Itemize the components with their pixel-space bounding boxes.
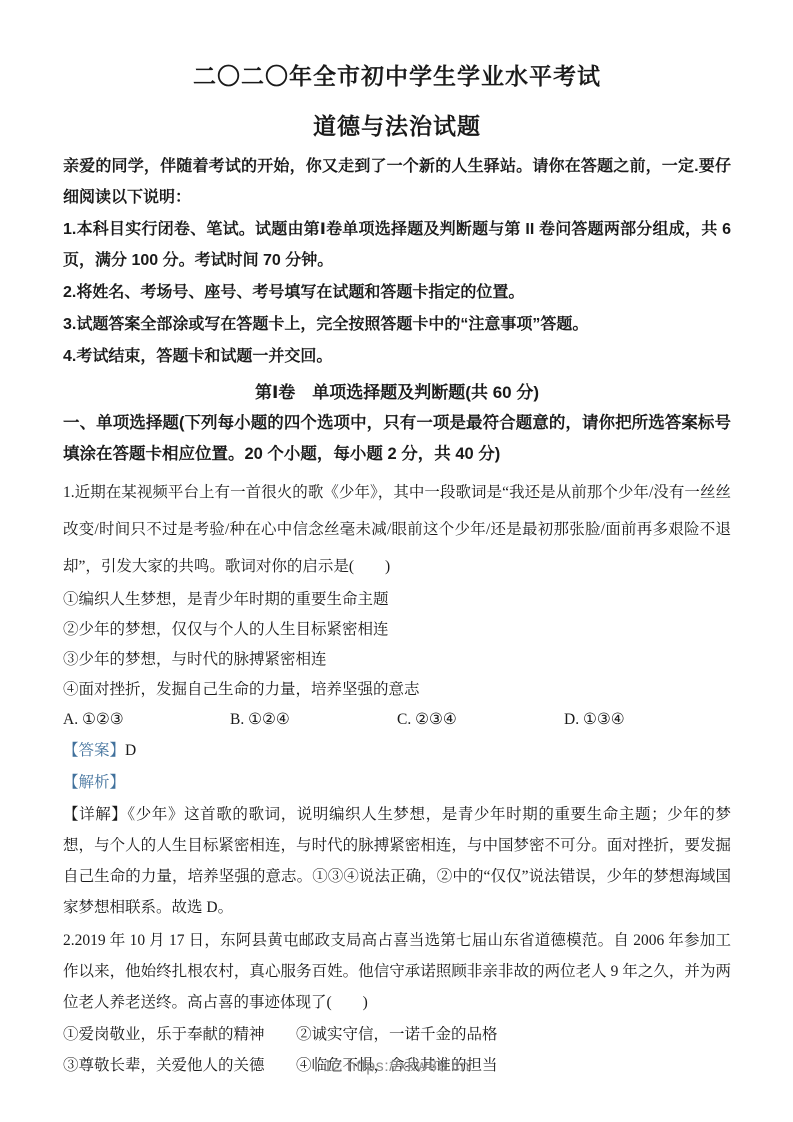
choice-c: C. ②③④ xyxy=(397,705,564,735)
analysis-label: 【解析】 xyxy=(63,774,125,791)
answer-value: D xyxy=(125,742,136,759)
choice-b: B. ①②④ xyxy=(230,705,397,735)
question-1-detail-explanation: 【详解】《少年》这首歌的歌词，说明编织人生梦想，是青少年时期的重要生命主题；少年… xyxy=(63,799,731,923)
intro-paragraph: 亲爱的同学，伴随着考试的开始，你又走到了一个新的人生驿站。请你在答题之前，一定.… xyxy=(63,151,731,213)
question-2-statement-1: ①爱岗敬业，乐于奉献的精神 xyxy=(63,1019,296,1050)
question-1-statement-3: ③少年的梦想，与时代的脉搏紧密相连 xyxy=(63,645,731,675)
question-1-statement-4: ④面对挫折，发掘自己生命的力量，培养坚强的意志 xyxy=(63,675,731,705)
analysis-line: 【解析】 xyxy=(63,767,731,799)
answer-label: 【答案】 xyxy=(63,742,125,759)
answer-line: 【答案】D xyxy=(63,735,731,767)
exam-subject-subtitle: 道德与法治试题 xyxy=(63,108,731,141)
question-1-stem: 1.近期在某视频平台上有一首很火的歌《少年》，其中一段歌词是“我还是从前那个少年… xyxy=(63,474,731,585)
part-1-header: 一、单项选择题(下列每小题的四个选项中，只有一项是最符合题意的，请你把所选答案标… xyxy=(63,408,731,470)
choice-a: A. ①②③ xyxy=(63,705,230,735)
instruction-item-3: 3.试题答案全部涂或写在答题卡上，完全按照答题卡中的“注意事项”答题。 xyxy=(63,309,731,340)
instruction-item-2: 2.将姓名、考场号、座号、考号填写在试题和答题卡指定的位置。 xyxy=(63,277,731,308)
page-number-and-watermark: 12 https://xkw88.cn xyxy=(0,1058,793,1076)
question-2-statement-2: ②诚实守信，一诺千金的品格 xyxy=(296,1019,731,1050)
question-1-choices-row: A. ①②③ B. ①②④ C. ②③④ D. ①③④ xyxy=(63,705,731,735)
instruction-item-1: 1.本科目实行闭卷、笔试。试题由第Ⅰ卷单项选择题及判断题与第 II 卷问答题两部… xyxy=(63,214,731,276)
choice-d: D. ①③④ xyxy=(564,705,731,735)
exam-paper-page: 二〇二〇年全市初中学生学业水平考试 道德与法治试题 亲爱的同学，伴随着考试的开始… xyxy=(0,0,793,1122)
question-1-statement-2: ②少年的梦想，仅仅与个人的人生目标紧密相连 xyxy=(63,615,731,645)
question-2-stem: 2.2019 年 10 月 17 日，东阿县黄屯邮政支局高占喜当选第七届山东省道… xyxy=(63,925,731,1018)
exam-title: 二〇二〇年全市初中学生学业水平考试 xyxy=(63,58,731,91)
section-1-header: 第Ⅰ卷 单项选择题及判断题(共 60 分) xyxy=(63,378,731,403)
instruction-item-4: 4.考试结束，答题卡和试题一并交回。 xyxy=(63,341,731,372)
question-1-statement-1: ①编织人生梦想，是青少年时期的重要生命主题 xyxy=(63,585,731,615)
